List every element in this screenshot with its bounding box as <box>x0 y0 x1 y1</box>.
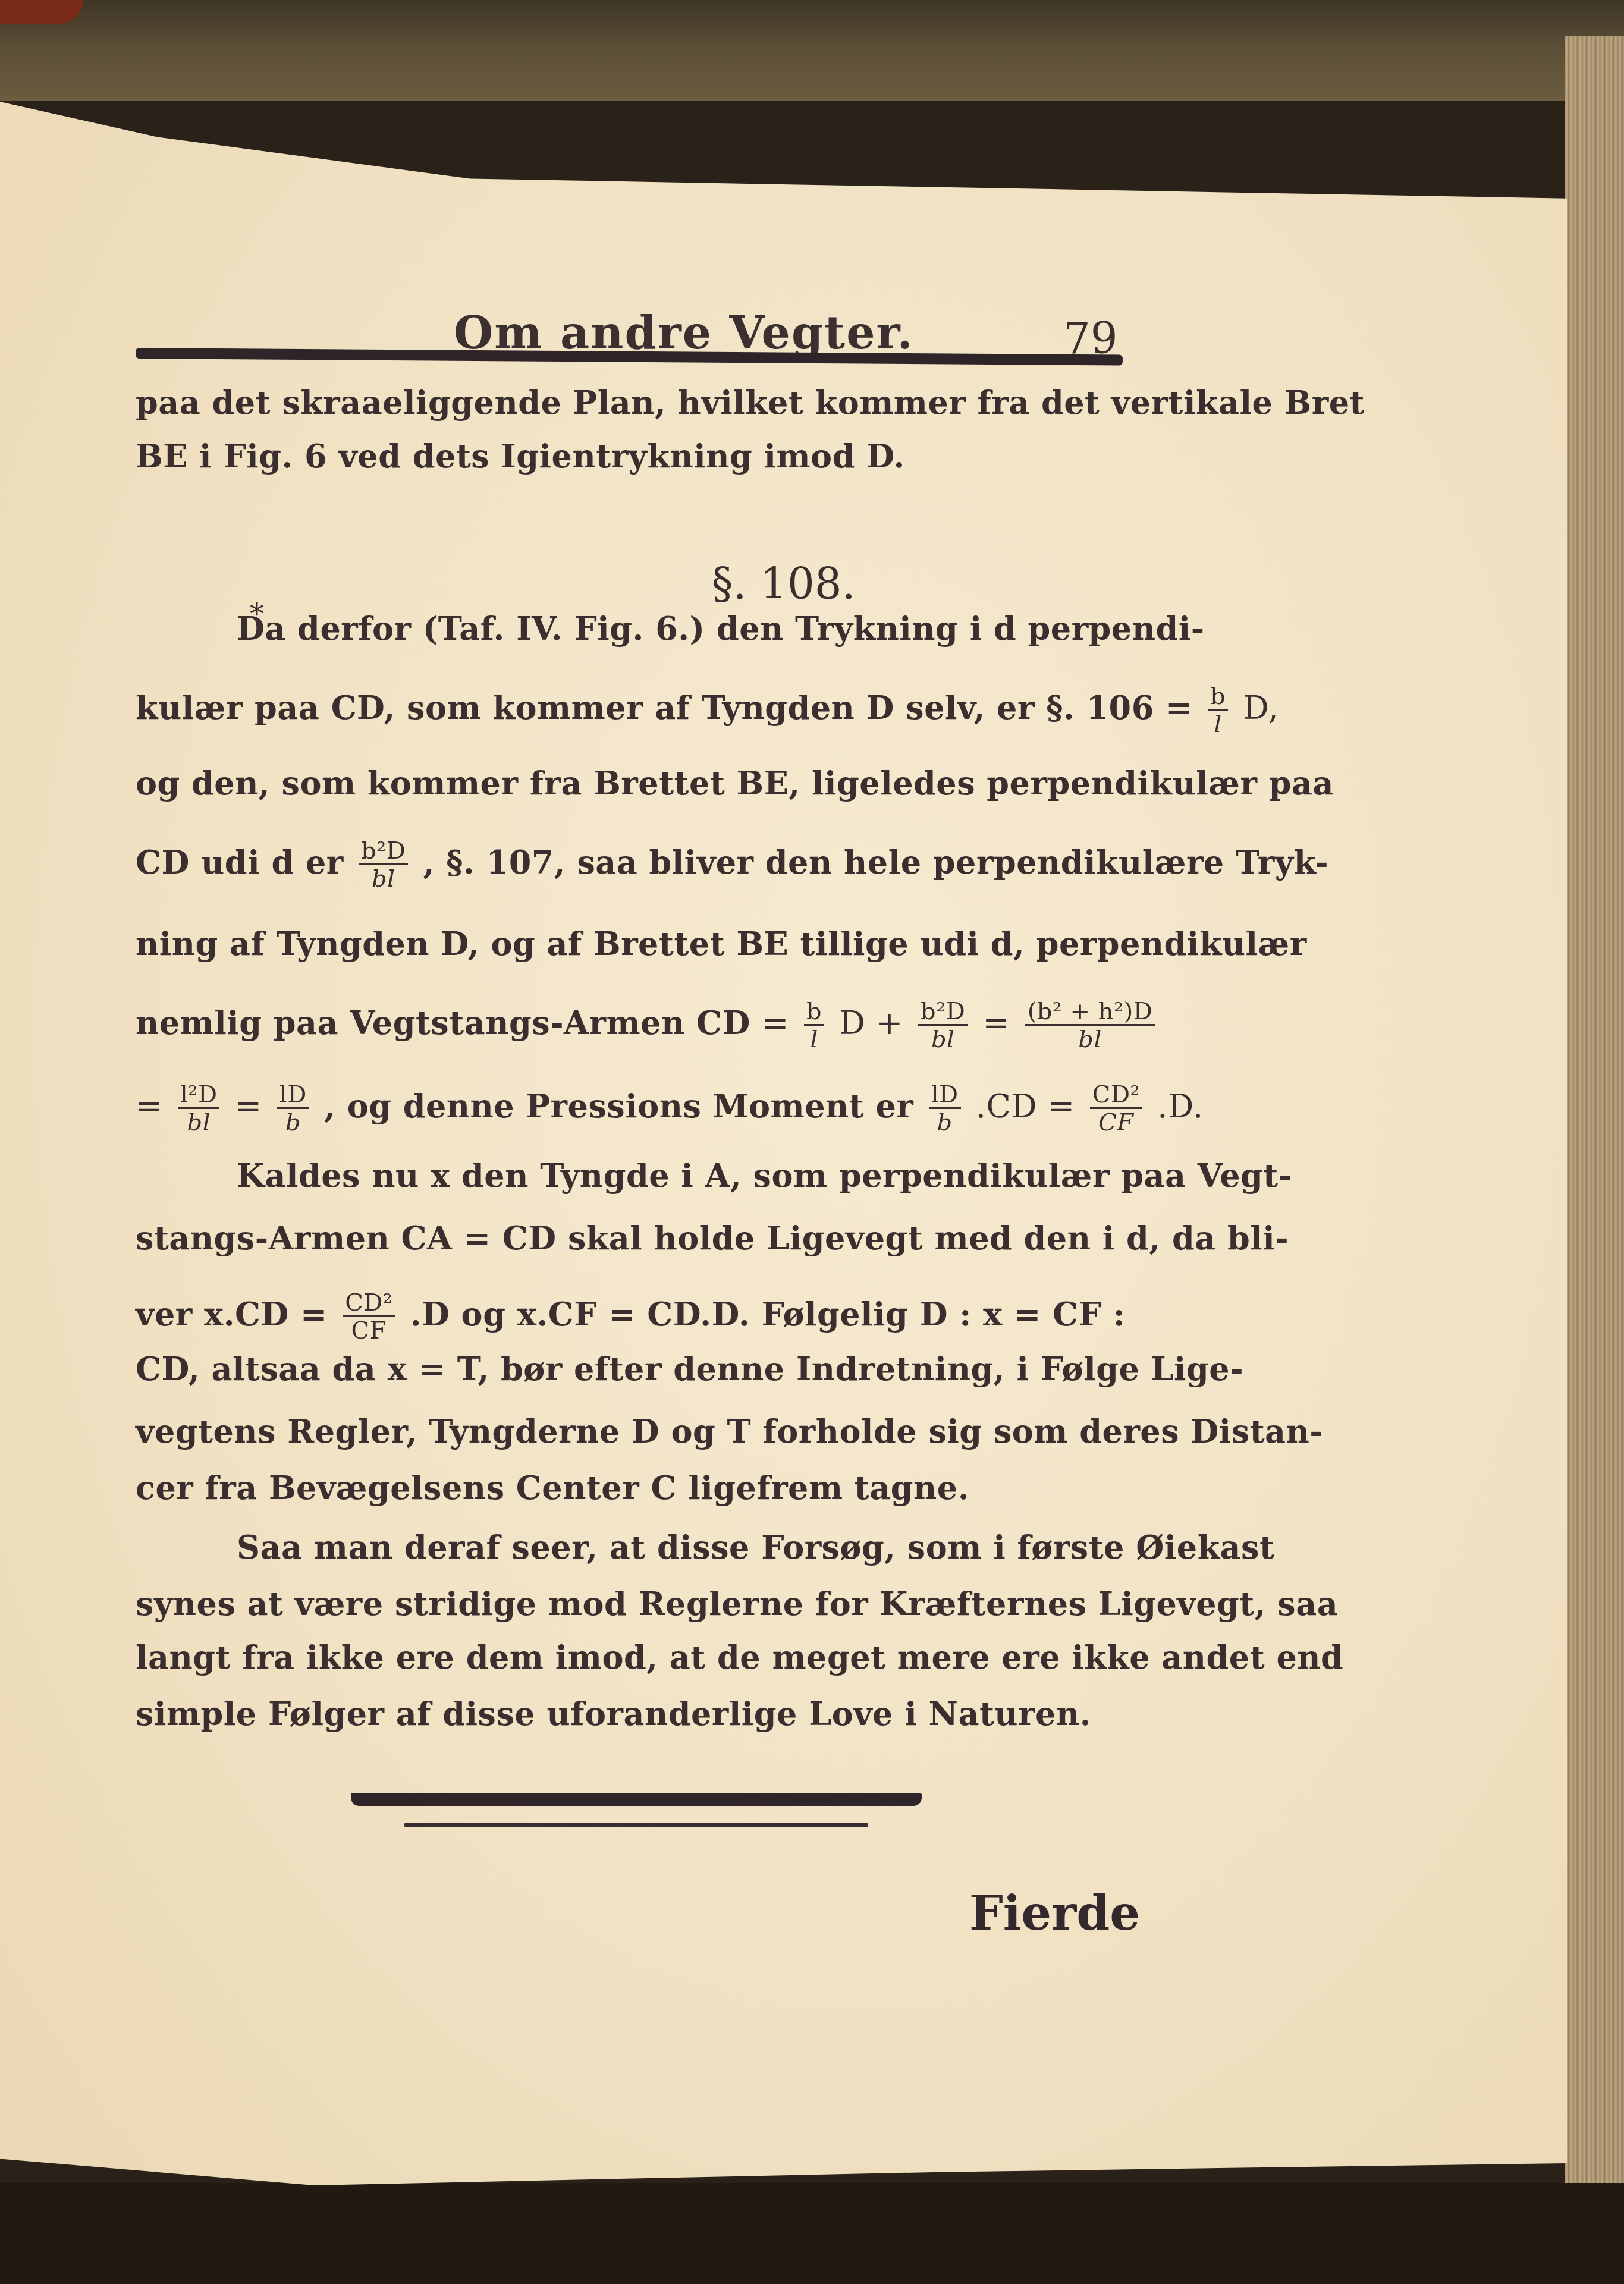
denominator: l <box>804 1024 824 1052</box>
numerator: lD <box>277 1082 309 1107</box>
denominator: bl <box>918 1024 968 1052</box>
equation-line: ver x.CD = CD²CF .D og x.CF = CD.D. Følg… <box>136 1290 1135 1343</box>
book-page: Om andre Vegter. 79 paa det skraaeliggen… <box>0 36 1567 2236</box>
text-line: BE i Fig. 6 ved dets Igientrykning imod … <box>136 440 1135 472</box>
fraction: CD²CF <box>343 1290 395 1343</box>
denominator: l <box>1208 709 1228 737</box>
denominator: CF <box>343 1315 395 1343</box>
text-line: simple Følger af disse uforanderlige Lov… <box>136 1698 1135 1730</box>
denominator: b <box>277 1107 309 1135</box>
text-line: synes at være stridige mod Reglerne for … <box>136 1588 1135 1620</box>
text-run: = <box>136 1088 163 1125</box>
text-run: kulær paa CD, som kommer af Tyngden D se… <box>136 689 1193 727</box>
book-fore-edge <box>1565 36 1624 2248</box>
fraction: bl <box>1208 684 1228 737</box>
fraction: b²Dbl <box>918 999 968 1052</box>
text-line: stangs-Armen CA = CD skal holde Ligevegt… <box>136 1222 1135 1254</box>
catchword: Fierde <box>969 1885 1140 1941</box>
numerator: CD² <box>343 1290 395 1315</box>
fraction: CD²CF <box>1090 1082 1142 1135</box>
text-run: = <box>235 1088 262 1125</box>
text-run: CD udi d er <box>136 843 344 881</box>
text-line: Da derfor (Taf. IV. Fig. 6.) den Tryknin… <box>136 612 1135 645</box>
fraction: lDb <box>929 1082 961 1135</box>
numerator: CD² <box>1090 1082 1142 1107</box>
fraction: (b² + h²)Dbl <box>1025 999 1155 1052</box>
text-line: CD, altsaa da x = T, bør efter denne Ind… <box>136 1353 1135 1385</box>
numerator: b <box>804 999 824 1024</box>
equation-line: nemlig paa Vegtstangs-Armen CD = bl D + … <box>136 999 1135 1052</box>
text-run: nemlig paa Vegtstangs-Armen CD = <box>136 1004 789 1042</box>
denominator: bl <box>359 863 408 891</box>
numerator: b <box>1208 684 1228 709</box>
text-line-with-fraction: CD udi d er b²Dbl , §. 107, saa bliver d… <box>136 838 1135 891</box>
denominator: CF <box>1090 1107 1142 1135</box>
text-run: D + <box>840 1004 903 1042</box>
numerator: l²D <box>178 1082 219 1107</box>
text-line: Kaldes nu x den Tyngde i A, som perpendi… <box>136 1160 1135 1192</box>
fraction: bl <box>804 999 824 1052</box>
text-line: vegtens Regler, Tyngderne D og T forhold… <box>136 1415 1135 1447</box>
denominator: bl <box>178 1107 219 1135</box>
fraction: l²Dbl <box>178 1082 219 1135</box>
fraction: b²Dbl <box>359 838 408 891</box>
numerator: (b² + h²)D <box>1025 999 1155 1024</box>
text-run: ver x.CD = <box>136 1295 328 1333</box>
text-line: langt fra ikke ere dem imod, at de meget… <box>136 1641 1135 1673</box>
equation-line: = l²Dbl = lDb , og denne Pressions Momen… <box>136 1082 1135 1135</box>
book-top-edge <box>0 0 1624 101</box>
numerator: b²D <box>918 999 968 1024</box>
text-run: .CD = <box>976 1088 1075 1125</box>
ornamental-rule-thick <box>351 1793 922 1806</box>
text-run: D, <box>1243 689 1279 727</box>
fraction: lDb <box>277 1082 309 1135</box>
denominator: b <box>929 1107 961 1135</box>
section-heading: §. 108. <box>0 559 1567 609</box>
text-run: = <box>983 1004 1010 1042</box>
text-run: , §. 107, saa bliver den hele perpendiku… <box>423 843 1329 881</box>
ornamental-rule-thin <box>404 1823 868 1827</box>
denominator: bl <box>1025 1024 1155 1052</box>
text-run: .D. <box>1157 1088 1203 1125</box>
text-line: paa det skraaeliggende Plan, hvilket kom… <box>136 387 1135 419</box>
text-line-with-fraction: kulær paa CD, som kommer af Tyngden D se… <box>136 684 1135 737</box>
text-line: ning af Tyngden D, og af Brettet BE till… <box>136 928 1135 960</box>
numerator: lD <box>929 1082 961 1107</box>
text-line: Saa man deraf seer, at disse Forsøg, som… <box>136 1531 1135 1563</box>
text-line: og den, som kommer fra Brettet BE, ligel… <box>136 767 1135 799</box>
book-bottom-shadow <box>0 2183 1624 2284</box>
text-run: , og denne Pressions Moment er <box>324 1087 913 1125</box>
text-line: cer fra Bevægelsens Center C ligefrem ta… <box>136 1472 1135 1504</box>
text-run: .D og x.CF = CD.D. Følgelig D : x = CF : <box>410 1295 1125 1333</box>
numerator: b²D <box>359 838 408 863</box>
